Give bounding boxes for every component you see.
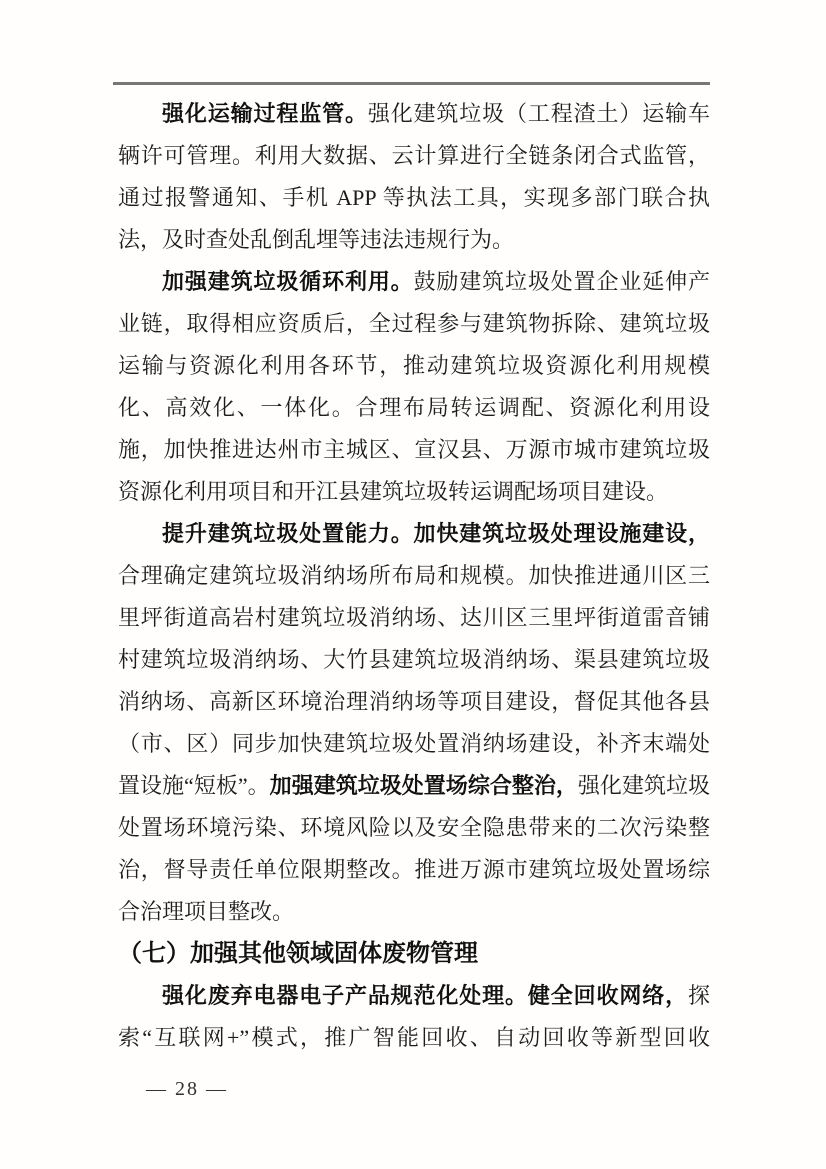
- page-number: — 28 —: [146, 1078, 228, 1101]
- lead-sentence-bold: 加强建筑垃圾循环利用。: [162, 269, 414, 294]
- header-rule: [113, 82, 710, 85]
- body-text: 合理确定建筑垃圾消纳场所布局和规模。加快推进通川区三里坪街道高岩村建筑垃圾消纳场…: [118, 563, 710, 798]
- lead-sentence-bold: 提升建筑垃圾处置能力。加快建筑垃圾处理设施建设，: [162, 521, 710, 546]
- lead-sentence-bold: 强化废弃电器电子产品规范化处理。健全回收网络，: [162, 983, 688, 1008]
- paragraph-recycling-utilization: 加强建筑垃圾循环利用。鼓励建筑垃圾处置企业延伸产业链，取得相应资质后，全过程参与…: [118, 261, 710, 513]
- document-page: 强化运输过程监管。强化建筑垃圾（工程渣土）运输车辆许可管理。利用大数据、云计算进…: [0, 0, 826, 1169]
- paragraph-transport-supervision: 强化运输过程监管。强化建筑垃圾（工程渣土）运输车辆许可管理。利用大数据、云计算进…: [118, 93, 710, 261]
- lead-sentence-bold: 强化运输过程监管。: [162, 101, 368, 126]
- paragraph-disposal-capacity: 提升建筑垃圾处置能力。加快建筑垃圾处理设施建设，合理确定建筑垃圾消纳场所布局和规…: [118, 513, 710, 933]
- document-body: 强化运输过程监管。强化建筑垃圾（工程渣土）运输车辆许可管理。利用大数据、云计算进…: [118, 93, 710, 1059]
- mid-sentence-bold: 加强建筑垃圾处置场综合整治，: [270, 773, 578, 798]
- paragraph-ewaste-recycling: 强化废弃电器电子产品规范化处理。健全回收网络，探索“互联网+”模式，推广智能回收…: [118, 975, 710, 1059]
- body-text: 鼓励建筑垃圾处置企业延伸产业链，取得相应资质后，全过程参与建筑物拆除、建筑垃圾运…: [118, 269, 710, 504]
- section-heading-7: （七）加强其他领域固体废物管理: [118, 933, 710, 975]
